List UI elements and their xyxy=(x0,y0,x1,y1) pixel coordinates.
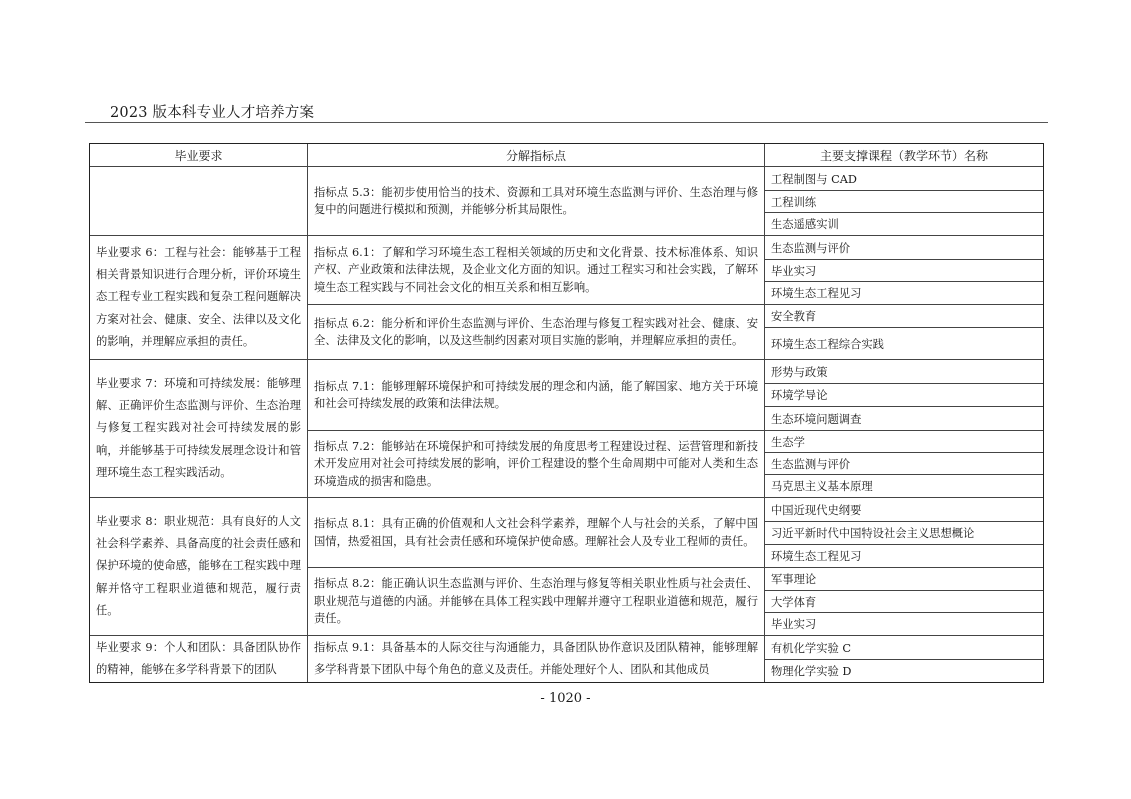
course-item: 有机化学实验 C xyxy=(765,636,1043,659)
requirement-cell: 毕业要求 6：工程与社会：能够基于工程相关背景知识进行合理分析，评价环境生态工程… xyxy=(90,236,308,359)
course-item: 军事理论 xyxy=(765,567,1043,590)
course-item: 生态环境问题调查 xyxy=(765,406,1043,430)
graduation-requirements-table: 毕业要求 分解指标点 主要支撑课程（教学环节）名称 指标点 5.3：能初步使用恰… xyxy=(89,143,1044,683)
course-item: 环境学导论 xyxy=(765,383,1043,406)
indicator-cell: 指标点 6.1：了解和学习环境生态工程相关领域的历史和文化背景、技术标准体系、知… xyxy=(308,236,765,359)
course-item: 毕业实习 xyxy=(765,612,1043,635)
course-item: 毕业实习 xyxy=(765,259,1043,281)
table-header-row: 毕业要求 分解指标点 主要支撑课程（教学环节）名称 xyxy=(90,144,1043,166)
course-item: 环境生态工程见习 xyxy=(765,544,1043,567)
indicator-5-3: 指标点 5.3：能初步使用恰当的技术、资源和工具对环境生态监测与评价、生态治理与… xyxy=(308,167,764,235)
header-indicator: 分解指标点 xyxy=(308,144,765,166)
course-item: 习近平新时代中国特设社会主义思想概论 xyxy=(765,521,1043,544)
course-item: 工程训练 xyxy=(765,190,1043,212)
course-cell: 形势与政策 环境学导论 生态环境问题调查 生态学 生态监测与评价 马克思主义基本… xyxy=(765,360,1043,497)
course-item: 安全教育 xyxy=(765,304,1043,327)
requirement-cell: 毕业要求 9：个人和团队：具备团队协作的精神，能够在多学科背景下的团队 xyxy=(90,636,308,682)
course-cell: 工程制图与 CAD 工程训练 生态遥感实训 xyxy=(765,167,1043,235)
course-item: 生态监测与评价 xyxy=(765,236,1043,259)
indicator-cell: 指标点 8.1：具有正确的价值观和人文社会科学素养，理解个人与社会的关系，了解中… xyxy=(308,498,765,635)
indicator-9-1: 指标点 9.1：具备基本的人际交往与沟通能力，具备团队协作意识及团队精神，能够理… xyxy=(308,636,764,682)
page-number: - 1020 - xyxy=(0,691,1131,706)
course-cell: 生态监测与评价 毕业实习 环境生态工程见习 安全教育 环境生态工程综合实践 xyxy=(765,236,1043,359)
table-row-group-9: 毕业要求 9：个人和团队：具备团队协作的精神，能够在多学科背景下的团队 指标点 … xyxy=(90,635,1043,682)
table-row-group-5: 指标点 5.3：能初步使用恰当的技术、资源和工具对环境生态监测与评价、生态治理与… xyxy=(90,166,1043,235)
course-item: 中国近现代史纲要 xyxy=(765,498,1043,521)
course-item: 生态学 xyxy=(765,430,1043,452)
course-item: 物理化学实验 D xyxy=(765,659,1043,682)
course-item: 生态遥感实训 xyxy=(765,212,1043,235)
indicator-8-2: 指标点 8.2：能正确认识生态监测与评价、生态治理与修复等相关职业性质与社会责任… xyxy=(308,567,764,635)
course-item: 环境生态工程综合实践 xyxy=(765,327,1043,359)
table-row-group-6: 毕业要求 6：工程与社会：能够基于工程相关背景知识进行合理分析，评价环境生态工程… xyxy=(90,235,1043,359)
course-cell: 中国近现代史纲要 习近平新时代中国特设社会主义思想概论 环境生态工程见习 军事理… xyxy=(765,498,1043,635)
indicator-8-1: 指标点 8.1：具有正确的价值观和人文社会科学素养，理解个人与社会的关系，了解中… xyxy=(308,498,764,567)
header-courses: 主要支撑课程（教学环节）名称 xyxy=(765,144,1043,166)
table-row-group-7: 毕业要求 7：环境和可持续发展：能够理解、正确评价生态监测与评价、生态治理与修复… xyxy=(90,359,1043,497)
running-head: 2023 版本科专业人才培养方案 xyxy=(110,101,314,122)
course-item: 形势与政策 xyxy=(765,360,1043,383)
indicator-cell: 指标点 5.3：能初步使用恰当的技术、资源和工具对环境生态监测与评价、生态治理与… xyxy=(308,167,765,235)
indicator-7-1: 指标点 7.1：能够理解环境保护和可持续发展的理念和内涵，能了解国家、地方关于环… xyxy=(308,360,764,430)
course-item: 大学体育 xyxy=(765,590,1043,612)
requirement-cell: 毕业要求 7：环境和可持续发展：能够理解、正确评价生态监测与评价、生态治理与修复… xyxy=(90,360,308,497)
course-cell: 有机化学实验 C 物理化学实验 D xyxy=(765,636,1043,682)
indicator-cell: 指标点 9.1：具备基本的人际交往与沟通能力，具备团队协作意识及团队精神，能够理… xyxy=(308,636,765,682)
course-item: 生态监测与评价 xyxy=(765,452,1043,474)
course-item: 工程制图与 CAD xyxy=(765,167,1043,190)
requirement-cell: 毕业要求 8：职业规范：具有良好的人文社会科学素养、具备高度的社会责任感和保护环… xyxy=(90,498,308,635)
header-rule xyxy=(85,122,1048,123)
indicator-7-2: 指标点 7.2：能够站在环境保护和可持续发展的角度思考工程建设过程、运营管理和新… xyxy=(308,430,764,497)
course-item: 马克思主义基本原理 xyxy=(765,474,1043,497)
indicator-6-2: 指标点 6.2：能分析和评价生态监测与评价、生态治理与修复工程实践对社会、健康、… xyxy=(308,304,764,359)
requirement-cell xyxy=(90,167,308,235)
header-requirement: 毕业要求 xyxy=(90,144,308,166)
indicator-cell: 指标点 7.1：能够理解环境保护和可持续发展的理念和内涵，能了解国家、地方关于环… xyxy=(308,360,765,497)
table-row-group-8: 毕业要求 8：职业规范：具有良好的人文社会科学素养、具备高度的社会责任感和保护环… xyxy=(90,497,1043,635)
indicator-6-1: 指标点 6.1：了解和学习环境生态工程相关领域的历史和文化背景、技术标准体系、知… xyxy=(308,236,764,304)
course-item: 环境生态工程见习 xyxy=(765,281,1043,304)
